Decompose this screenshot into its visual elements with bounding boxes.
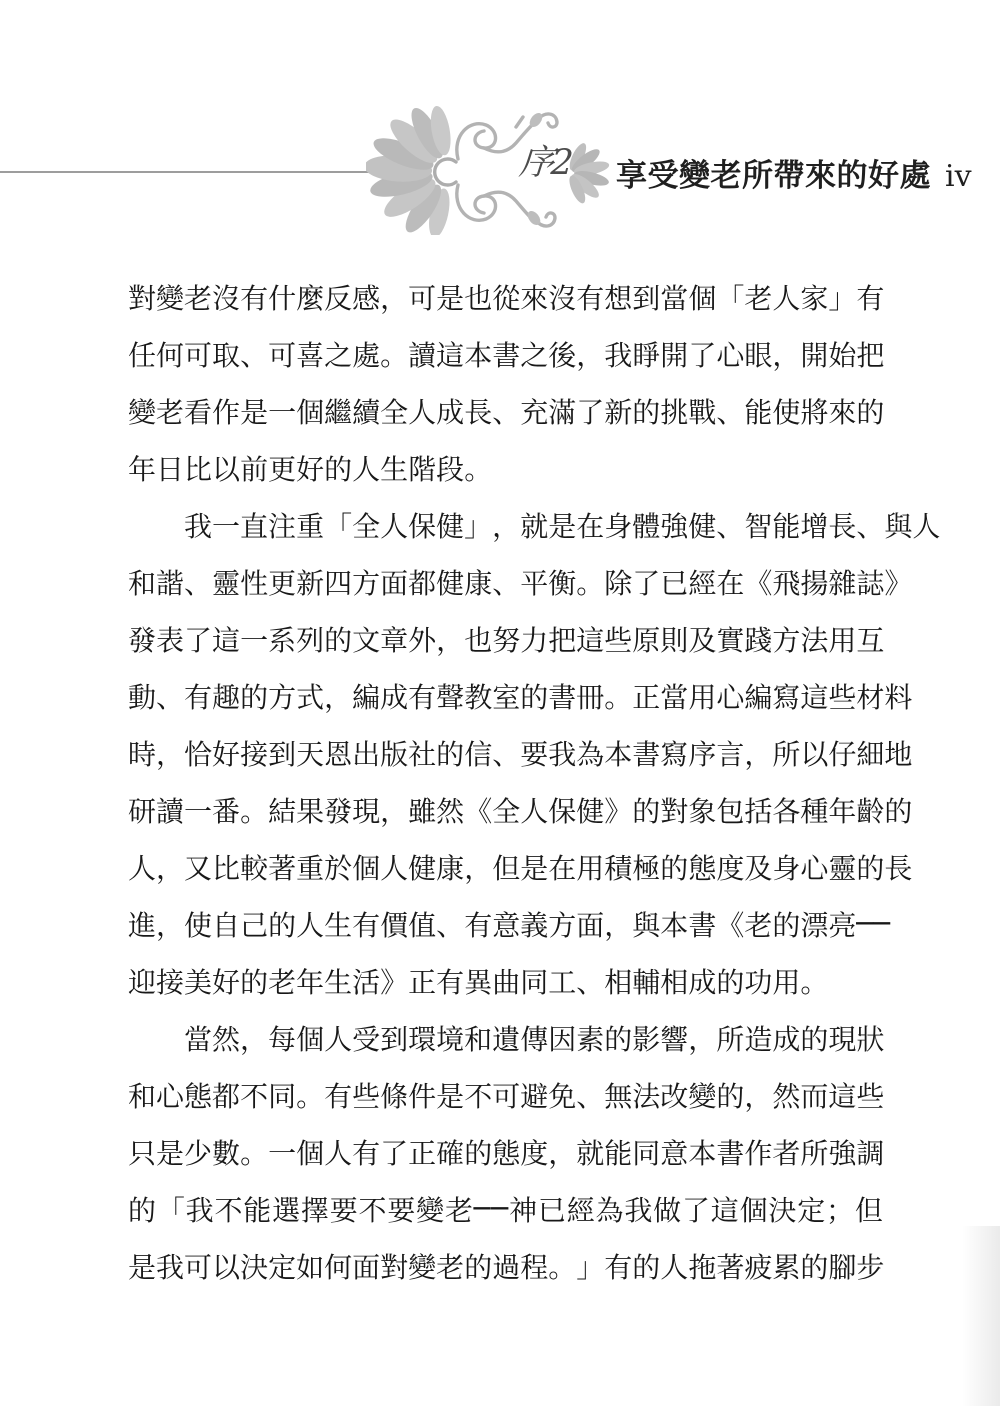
floral-ornament-icon [366,103,618,235]
text-line: 發表了這一系列的文章外，也努力把這些原則及實踐方法用互 [128,610,883,667]
text-line: 是我可以決定如何面對變老的過程。」有的人拖著疲累的腳步 [128,1237,883,1294]
text-line: 變老看作是一個繼續全人成長、充滿了新的挑戰、能使將來的 [128,382,883,439]
text-line: 時，恰好接到天恩出版社的信、要我為本書寫序言，所以仔細地 [128,724,883,781]
text-line: 研讀一番。結果發現，雖然《全人保健》的對象包括各種年齡的 [128,781,883,838]
text-line: 對變老沒有什麼反感，可是也從來沒有想到當個「老人家」有 [128,268,883,325]
text-line: 年日比以前更好的人生階段。 [128,439,883,496]
chapter-title: 享受變老所帶來的好處 [616,150,931,195]
page-number: iv [945,159,972,194]
header-rule [0,171,379,173]
text-line: 當然，每個人受到環境和遺傳因素的影響，所造成的現狀 [128,1009,883,1066]
text-line: 我一直注重「全人保健」，就是在身體強健、智能增長、與人 [128,496,883,553]
body-text: 對變老沒有什麼反感，可是也從來沒有想到當個「老人家」有任何可取、可喜之處。讀這本… [128,268,883,1294]
book-page: 序2 享受變老所帶來的好處 iv 對變老沒有什麼反感，可是也從來沒有想到當個「老… [0,0,1000,1406]
running-head: 享受變老所帶來的好處 iv [616,150,972,195]
text-line: 進，使自己的人生有價值、有意義方面，與本書《老的漂亮── [128,895,883,952]
text-line: 和心態都不同。有些條件是不可避免、無法改變的，然而這些 [128,1066,883,1123]
text-line: 和諧、靈性更新四方面都健康、平衡。除了已經在《飛揚雜誌》 [128,553,883,610]
text-line: 任何可取、可喜之處。讀這本書之後，我睜開了心眼，開始把 [128,325,883,382]
text-line: 迎接美好的老年生活》正有異曲同工、相輔相成的功用。 [128,952,883,1009]
text-line: 動、有趣的方式，編成有聲教室的書冊。正當用心編寫這些材料 [128,667,883,724]
text-line: 人，又比較著重於個人健康，但是在用積極的態度及身心靈的長 [128,838,883,895]
section-label: 序2 [518,146,572,181]
text-line: 只是少數。一個人有了正確的態度，就能同意本書作者所強調 [128,1123,883,1180]
scan-edge-shadow [962,1226,1000,1406]
text-line: 的「我不能選擇要不要變老──神已經為我做了這個決定；但 [128,1180,883,1237]
